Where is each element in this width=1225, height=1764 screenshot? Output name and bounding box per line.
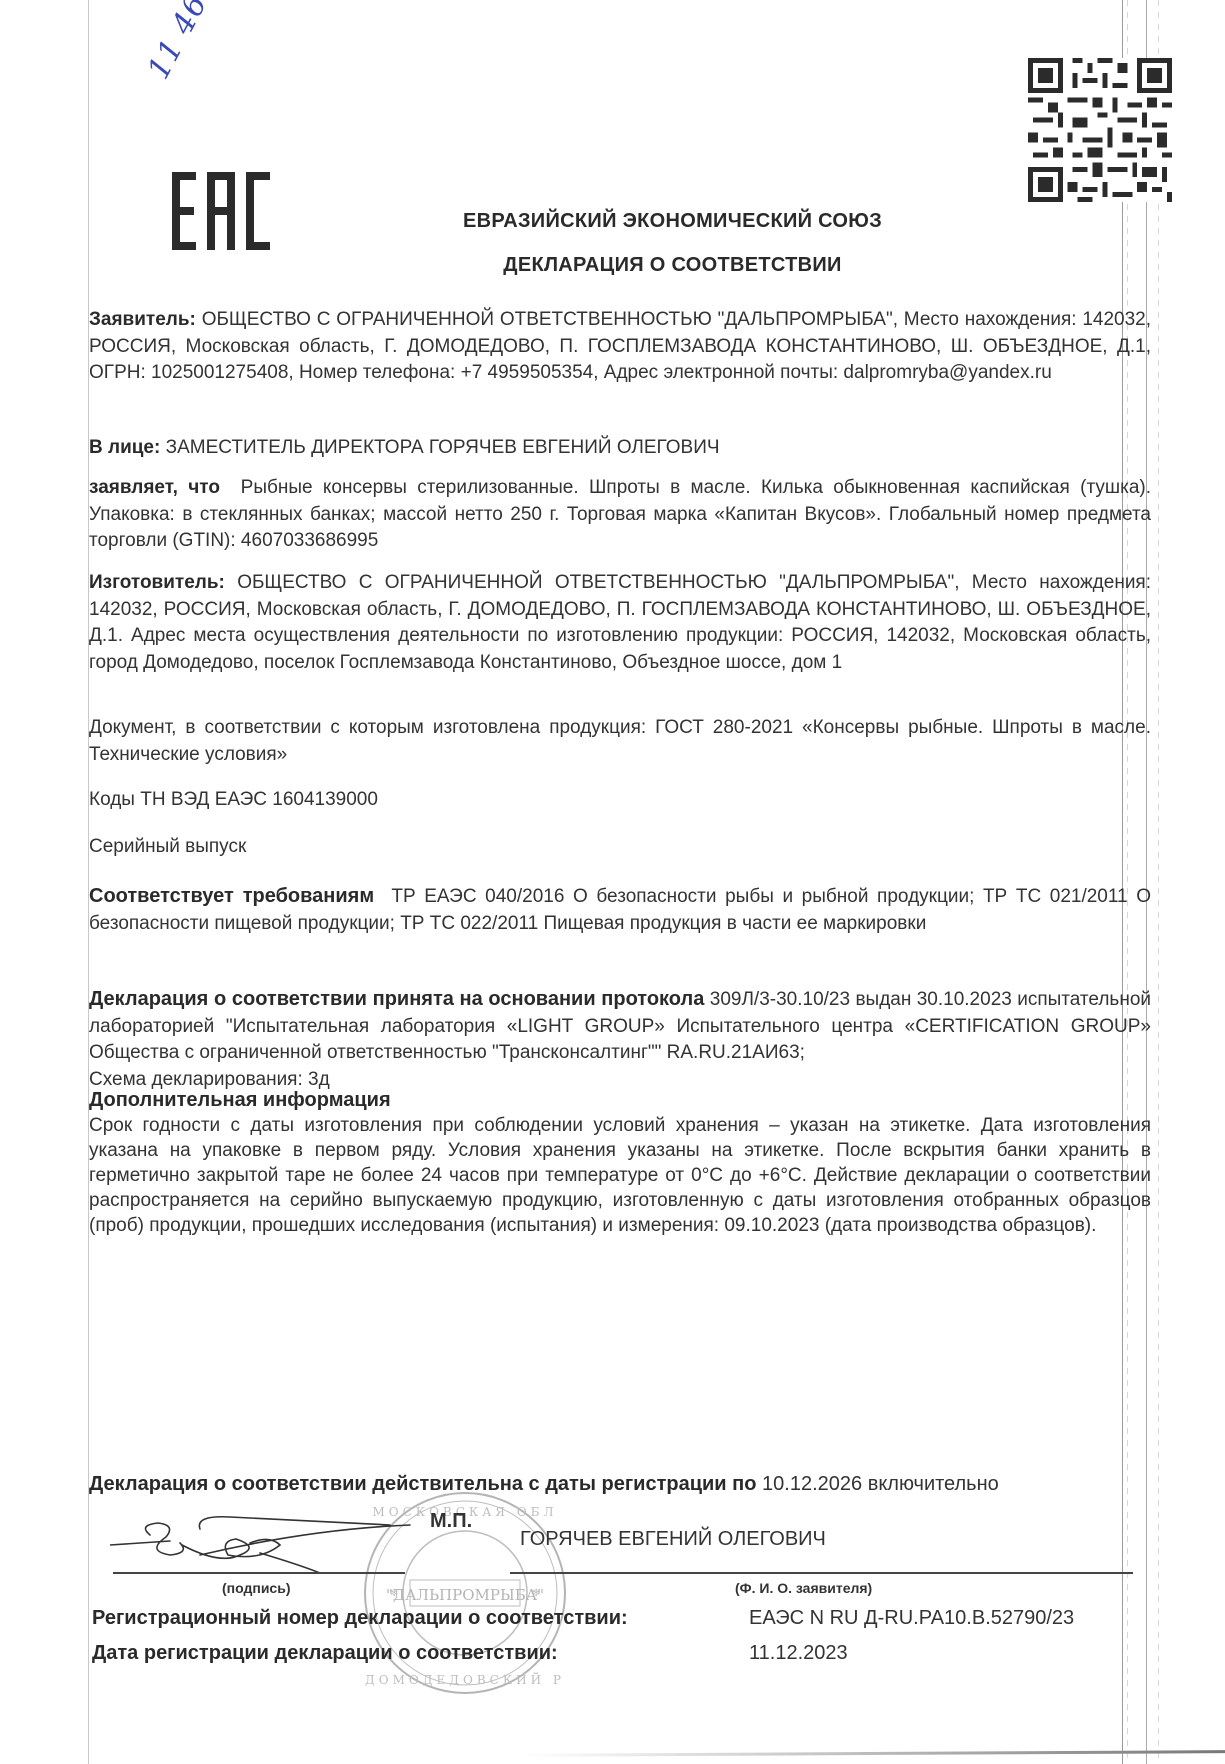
registration-number-label: Регистрационный номер декларации о соотв… [92, 1607, 749, 1630]
basis-label: Декларация о соответствии принята на осн… [89, 988, 704, 1010]
validity-date: 10.12.2026 [762, 1473, 862, 1495]
manufacturer-section: Изготовитель: ОБЩЕСТВО С ОГРАНИЧЕННОЙ ОТ… [89, 570, 1151, 676]
production-type: Серийный выпуск [89, 834, 1151, 861]
manufacturer-label: Изготовитель: [89, 572, 225, 593]
qr-code-icon [1028, 58, 1172, 202]
svg-text:✻: ✻ [532, 1588, 540, 1599]
signature-caption: (подпись) [222, 1580, 291, 1596]
applicant-section: Заявитель: ОБЩЕСТВО С ОГРАНИЧЕННОЙ ОТВЕТ… [89, 307, 1151, 387]
name-line [510, 1572, 1133, 1574]
handwritten-registry-number: 11 4613 [141, 0, 233, 85]
declares-text: Рыбные консервы стерилизованные. Шпроты … [89, 477, 1151, 551]
signature-line [113, 1572, 405, 1574]
union-title: ЕВРАЗИЙСКИЙ ЭКОНОМИЧЕСКИЙ СОЮЗ [60, 210, 1225, 233]
manufacturer-text: ОБЩЕСТВО С ОГРАНИЧЕННОЙ ОТВЕТСТВЕННОСТЬЮ… [89, 572, 1151, 673]
additional-info-text: Срок годности с даты изготовления при со… [89, 1115, 1151, 1236]
additional-info-section: Дополнительная информация Срок годности … [89, 1088, 1151, 1238]
declares-section: заявляет, что Рыбные консервы стерилизов… [89, 475, 1151, 555]
basis-section: Декларация о соответствии принята на осн… [89, 986, 1151, 1093]
scan-page-edge [520, 1750, 1225, 1757]
stamp-place-label: М.П. [430, 1510, 472, 1533]
applicant-text: ОБЩЕСТВО С ОГРАНИЧЕННОЙ ОТВЕТСТВЕННОСТЬЮ… [89, 309, 1151, 383]
registration-number-row: Регистрационный номер декларации о соотв… [92, 1607, 1074, 1630]
name-caption: (Ф. И. О. заявителя) [735, 1580, 872, 1596]
compliance-label: Соответствует требованиям [89, 885, 374, 907]
svg-text:✻: ✻ [390, 1588, 398, 1599]
declares-label: заявляет, что [89, 477, 220, 498]
document-title: ДЕКЛАРАЦИЯ О СООТВЕТСТВИИ [60, 254, 1225, 277]
validity-section: Декларация о соответствии действительна … [89, 1471, 1169, 1498]
svg-text:ДОМОДЕДОВСКИЙ Р: ДОМОДЕДОВСКИЙ Р [365, 1671, 565, 1687]
compliance-section: Соответствует требованиям ТР ЕАЭС 040/20… [89, 883, 1151, 937]
svg-text:"ДАЛЬПРОМРЫБА": "ДАЛЬПРОМРЫБА" [386, 1586, 544, 1604]
applicant-label: Заявитель: [89, 309, 196, 330]
registration-date-label: Дата регистрации декларации о соответств… [92, 1642, 749, 1665]
declaration-scheme: Схема декларирования: 3д [89, 1069, 330, 1090]
represented-by-label: В лице: [89, 437, 160, 458]
hs-codes: Коды ТН ВЭД ЕАЭС 1604139000 [89, 787, 1151, 814]
registration-number-value: ЕАЭС N RU Д-RU.РА10.В.52790/23 [749, 1607, 1074, 1629]
applicant-full-name: ГОРЯЧЕВ ЕВГЕНИЙ ОЛЕГОВИЧ [520, 1528, 826, 1551]
standard-document: Документ, в соответствии с которым изгот… [89, 715, 1151, 768]
registration-date-value: 11.12.2023 [749, 1642, 848, 1664]
registration-date-row: Дата регистрации декларации о соответств… [92, 1642, 848, 1665]
represented-by-text: ЗАМЕСТИТЕЛЬ ДИРЕКТОРА ГОРЯЧЕВ ЕВГЕНИЙ ОЛ… [166, 437, 720, 458]
validity-suffix: включительно [868, 1473, 999, 1495]
additional-info-title: Дополнительная информация [89, 1088, 1151, 1113]
represented-by-section: В лице: ЗАМЕСТИТЕЛЬ ДИРЕКТОРА ГОРЯЧЕВ ЕВ… [89, 435, 1151, 462]
